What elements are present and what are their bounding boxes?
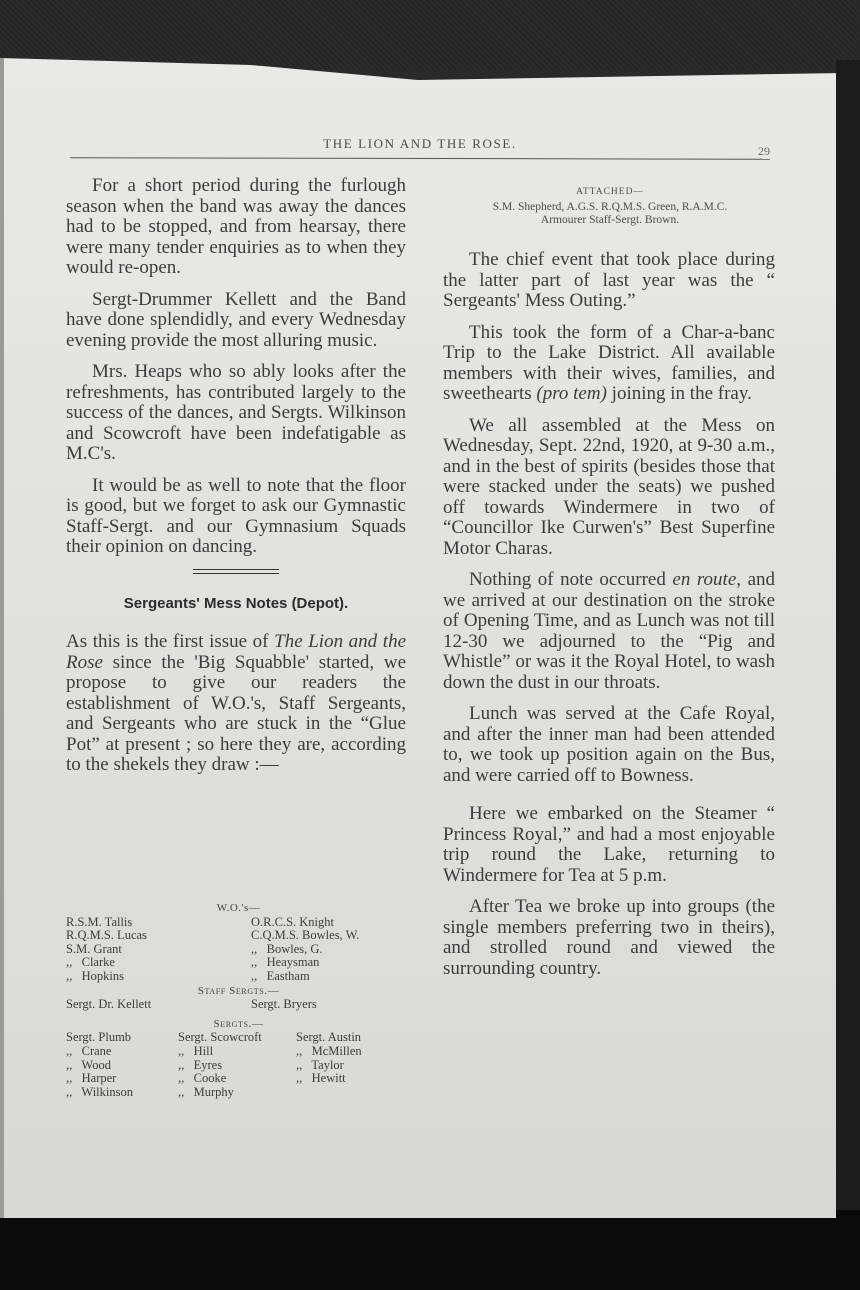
roster-entry: ,, Bowles, G. [251,943,411,957]
background-right [836,60,860,1220]
roster-entry: ,, Murphy [178,1086,296,1100]
running-title: THE LION AND THE ROSE. [70,136,770,152]
roster-entry: Sergt. Scowcroft [178,1031,296,1045]
background-bottom [0,1210,860,1290]
left-column: For a short period during the furlough s… [66,176,406,787]
roster-entry: ,, Harper [66,1072,178,1086]
italic-phrase: en route [672,569,736,590]
section-heading: Sergeants' Mess Notes (Depot). [66,594,406,615]
roster-entry: ,, Cooke [178,1072,296,1086]
roster-entry: ,, Taylor [296,1059,411,1073]
paragraph: After Tea we broke up into groups (the s… [443,897,775,979]
roster-entry: Sergt. Plumb [66,1031,178,1045]
wo-list: R.S.M. TallisO.R.C.S. KnightR.Q.M.S. Luc… [66,916,411,984]
paragraph: Lunch was served at the Cafe Royal, and … [443,704,775,786]
staff-sergts-caption: Staff Sergts.— [66,985,411,999]
page-edge [0,58,4,1218]
roster-entry: Sergt. Dr. Kellett [66,998,251,1012]
paragraph: The chief event that took place during t… [443,250,775,312]
right-column: The chief event that took place during t… [443,250,775,990]
roster-table: W.O.'s— R.S.M. TallisO.R.C.S. KnightR.Q.… [66,902,411,1099]
roster-entry: ,, Hill [178,1045,296,1059]
roster-entry: ,, Heaysman [251,956,411,970]
roster-entry: ,, Eastham [251,970,411,984]
paragraph: Nothing of note occurred en route, and w… [443,570,775,693]
attached-line: S.M. Shepherd, A.G.S. R.Q.M.S. Green, R.… [440,201,780,214]
intro-text-start: As this is the first issue of [66,631,274,652]
roster-entry: R.Q.M.S. Lucas [66,929,251,943]
sergts-list: Sergt. PlumbSergt. ScowcroftSergt. Austi… [66,1031,411,1099]
section-divider [193,569,279,574]
sergts-caption: Sergts.— [66,1018,411,1032]
roster-entry: ,, McMillen [296,1045,411,1059]
roster-entry: S.M. Grant [66,943,251,957]
roster-entry: O.R.C.S. Knight [251,916,411,930]
roster-entry: ,, Wilkinson [66,1086,178,1100]
paragraph: Sergt-Drummer Kellett and the Band have … [66,290,406,352]
roster-entry: ,, Clarke [66,956,251,970]
paragraph: It would be as well to note that the flo… [66,476,406,558]
page-number: 29 [758,144,770,159]
italic-phrase: (pro tem) [536,383,607,404]
attached-caption: ATTACHED— [440,186,780,199]
attached-line: Armourer Staff-Sergt. Brown. [440,214,780,227]
wo-caption: W.O.'s— [66,902,411,916]
paragraph: We all assembled at the Mess on Wednesda… [443,416,775,560]
roster-entry: ,, Eyres [178,1059,296,1073]
intro-text-end: since the 'Big Squabble' started, we pro… [66,652,406,776]
intro-paragraph: As this is the first issue of The Lion a… [66,632,406,776]
roster-entry [296,1086,411,1100]
roster-entry: ,, Hewitt [296,1072,411,1086]
roster-entry: C.Q.M.S. Bowles, W. [251,929,411,943]
paragraph: For a short period during the furlough s… [66,176,406,279]
paragraph: Mrs. Heaps who so ably looks after the r… [66,362,406,465]
roster-entry: ,, Crane [66,1045,178,1059]
running-head: THE LION AND THE ROSE. 29 [70,136,770,156]
paragraph: Here we embarked on the Steamer “ Prince… [443,804,775,886]
roster-entry: ,, Wood [66,1059,178,1073]
staff-sergts-list: Sergt. Dr. KellettSergt. Bryers [66,998,411,1012]
roster-entry: Sergt. Bryers [251,998,411,1012]
roster-entry: R.S.M. Tallis [66,916,251,930]
attached-block: ATTACHED— S.M. Shepherd, A.G.S. R.Q.M.S.… [440,186,780,227]
roster-entry: ,, Hopkins [66,970,251,984]
paragraph: This took the form of a Char-a-banc Trip… [443,323,775,405]
background-top [0,0,860,70]
roster-entry: Sergt. Austin [296,1031,411,1045]
